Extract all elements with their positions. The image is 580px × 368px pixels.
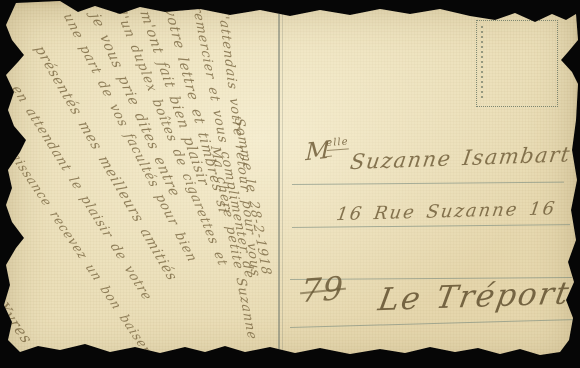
center-divider-echo-line	[282, 0, 283, 368]
address-rule-line-4	[290, 319, 574, 328]
stamp-box-microprint	[481, 26, 483, 98]
address-recipient-name: Suzanne Isambart	[349, 142, 573, 174]
message-signature: Yvres	[0, 300, 37, 346]
address-honorific-superscript: elle	[326, 136, 349, 151]
address-street-line: 16 Rue Suzanne 16	[335, 198, 558, 225]
address-city: Le Tréport	[376, 275, 574, 318]
address-rule-line-2	[292, 224, 570, 228]
stamp-box	[476, 20, 558, 107]
address-rule-line-1	[292, 182, 564, 185]
center-divider-line	[278, 0, 280, 368]
postcard-card: Somme le 28-2-1918 Ma chère petite Suzan…	[0, 0, 580, 368]
